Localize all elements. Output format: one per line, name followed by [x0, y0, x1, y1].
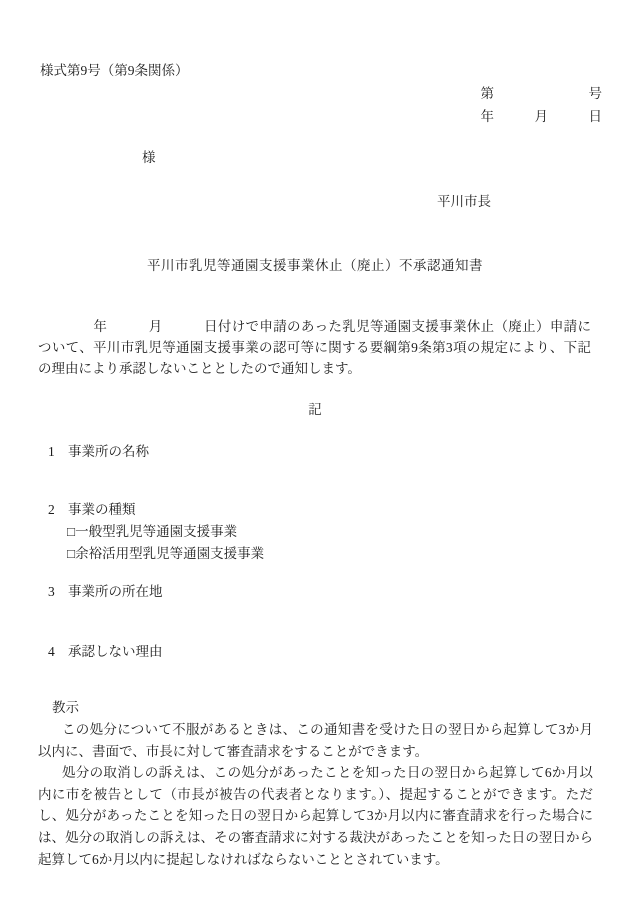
record-heading: 記 — [0, 400, 630, 420]
instruction-paragraph-1: この処分について不服があるときは、この通知書を受けた日の翌日から起算して3か月以… — [38, 719, 593, 762]
document-page: 様式第9号（第9条関係） 第 号 年 月 日 様 平川市長 平川市乳児等通園支援… — [0, 0, 630, 903]
instruction-text: この処分について不服があるときは、この通知書を受けた日の翌日から起算して3か月以… — [38, 719, 593, 870]
item-label: 事業所の名称 — [68, 442, 149, 462]
sender-name: 平川市長 — [437, 192, 491, 212]
checkbox-option-general: □一般型乳児等通園支援事業 — [67, 522, 237, 542]
checkbox-option-surplus: □余裕活用型乳児等通園支援事業 — [67, 544, 264, 564]
item-number: 2 — [48, 500, 68, 520]
item-label: 事業の種類 — [68, 500, 136, 520]
item-business-address: 3 事業所の所在地 — [48, 582, 163, 602]
item-label: 承認しない理由 — [68, 642, 163, 662]
document-title: 平川市乳児等通園支援事業休止（廃止）不承認通知書 — [0, 256, 630, 276]
body-paragraph: 年 月 日付けで申請のあった乳児等通園支援事業休止（廃止）申請について、平川市乳… — [38, 316, 591, 379]
instruction-heading: 教示 — [52, 698, 79, 718]
item-number: 1 — [48, 442, 68, 462]
document-number-line: 第 号 — [481, 84, 603, 104]
item-number: 4 — [48, 642, 68, 662]
item-denial-reason: 4 承認しない理由 — [48, 642, 163, 662]
item-business-name: 1 事業所の名称 — [48, 442, 149, 462]
instruction-paragraph-2: 処分の取消しの訴えは、この処分があったことを知った日の翌日から起算して6か月以内… — [38, 762, 593, 870]
item-label: 事業所の所在地 — [68, 582, 163, 602]
item-number: 3 — [48, 582, 68, 602]
item-business-type: 2 事業の種類 — [48, 500, 136, 520]
date-line: 年 月 日 — [481, 107, 603, 127]
form-number: 様式第9号（第9条関係） — [40, 61, 189, 81]
addressee-honorific: 様 — [142, 148, 156, 168]
